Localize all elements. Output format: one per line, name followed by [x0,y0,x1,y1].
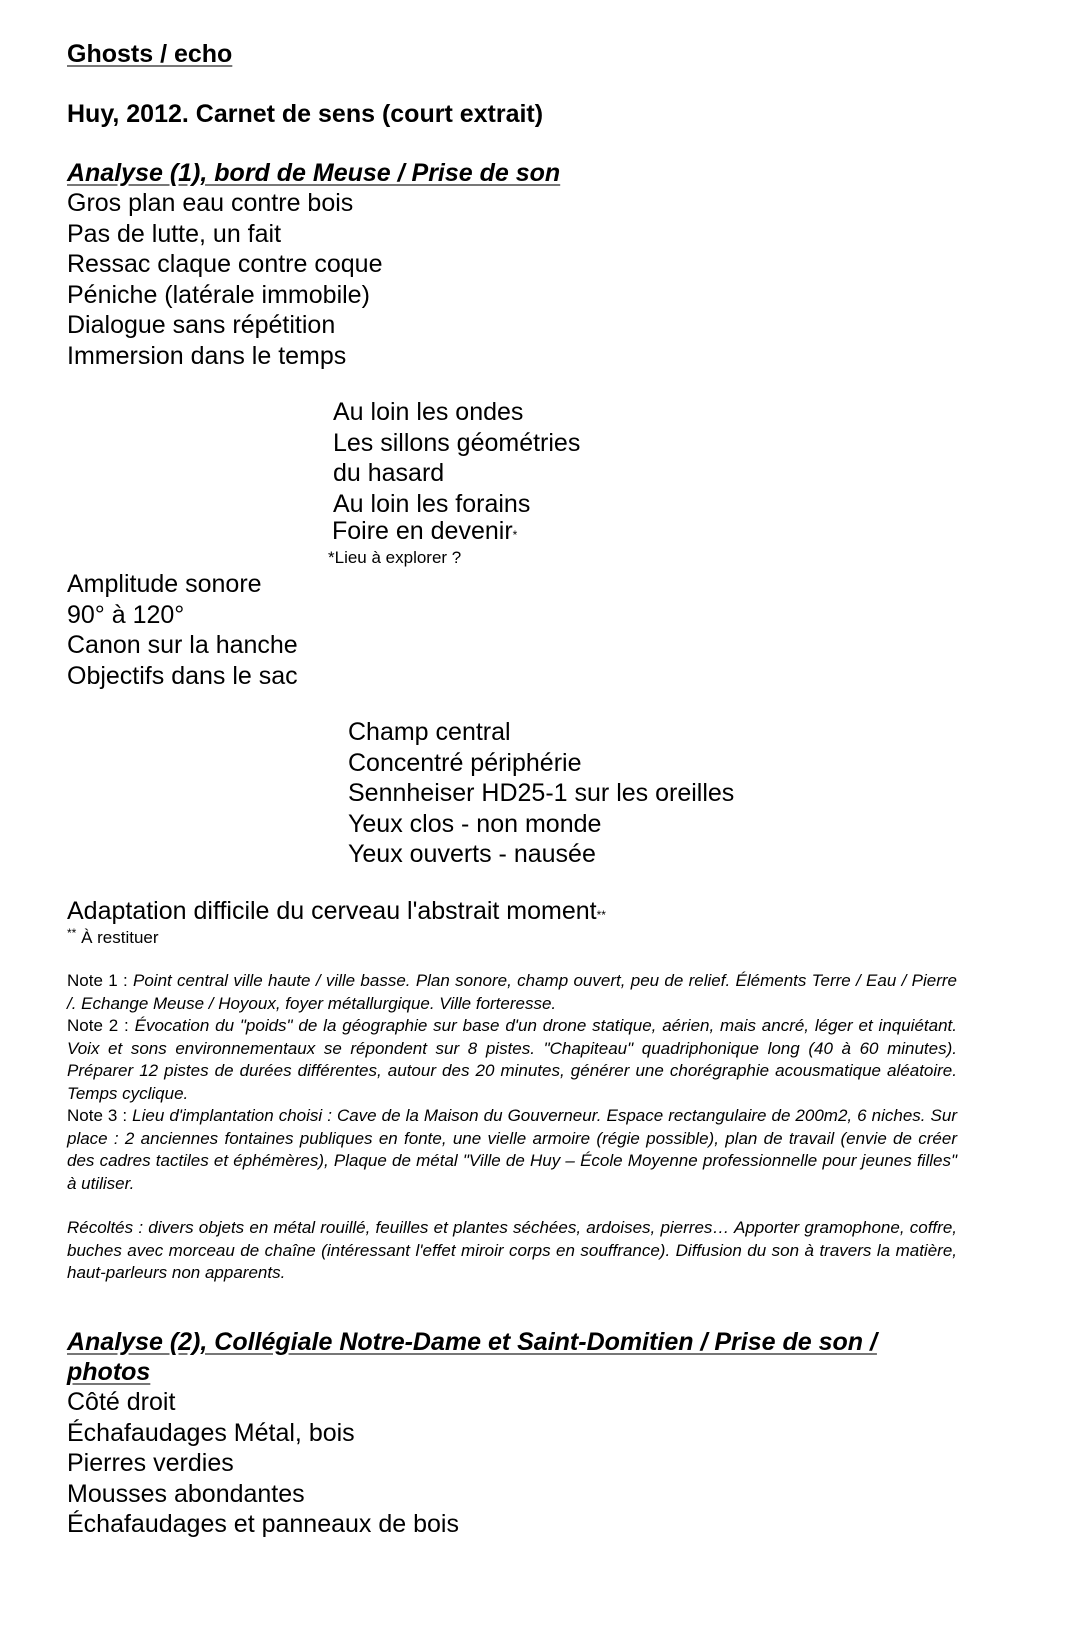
poem-line: Dialogue sans répétition [67,310,382,341]
poem-line: Côté droit [67,1387,937,1418]
poem-line: Amplitude sonore [67,569,298,600]
poem-line: Échafaudages et panneaux de bois [67,1509,937,1540]
poem-line: Immersion dans le temps [67,341,382,372]
section-2-heading: Analyse (2), Collégiale Notre-Dame et Sa… [67,1327,937,1387]
poem-line: Concentré périphérie [348,748,734,779]
poem-line: Ressac claque contre coque [67,249,382,280]
note-label: Note 2 : [67,1016,135,1035]
poem-line: Foire en devenir [332,517,513,545]
poem-line: Les sillons géométries [333,428,580,459]
poem-line: Échafaudages Métal, bois [67,1418,937,1449]
poem-line: Canon sur la hanche [67,630,298,661]
section-1-lines-c: Amplitude sonore 90° à 120° Canon sur la… [67,569,298,691]
poem-line: Yeux ouverts - nausée [348,839,734,870]
poem-line: Pierres verdies [67,1448,937,1479]
poem-line: Sennheiser HD25-1 sur les oreilles [348,778,734,809]
poem-line: Objectifs dans le sac [67,661,298,692]
poem-line: Au loin les ondes [333,397,580,428]
poem-line: du hasard [333,458,580,489]
recoltes-paragraph: Récoltés : divers objets en métal rouill… [67,1217,957,1285]
note-text: Lieu d'implantation choisi : Cave de la … [67,1106,957,1193]
note-3: Note 3 : Lieu d'implantation choisi : Ca… [67,1105,957,1195]
footnote-1: *Lieu à explorer ? [328,548,461,568]
footnote-marker: ** [597,908,606,922]
poem-line: Péniche (latérale immobile) [67,280,382,311]
poem-line: Mousses abondantes [67,1479,937,1510]
section-1-lines-a: Gros plan eau contre bois Pas de lutte, … [67,188,382,371]
poem-line: Pas de lutte, un fait [67,219,382,250]
note-1: Note 1 : Point central ville haute / vil… [67,970,957,1015]
poem-line-with-footnote: Foire en devenir* [332,516,517,551]
notes-block: Note 1 : Point central ville haute / vil… [67,970,957,1285]
footnote-2: ** À restituer [67,926,159,948]
section-2: Analyse (2), Collégiale Notre-Dame et Sa… [67,1327,937,1540]
poem-line: Gros plan eau contre bois [67,188,382,219]
section-1-lines-b: Au loin les ondes Les sillons géométries… [333,397,580,519]
poem-line: Yeux clos - non monde [348,809,734,840]
note-text: Évocation du "poids" de la géographie su… [67,1016,957,1103]
document-title: Ghosts / echo [67,40,232,69]
poem-line: Adaptation difficile du cerveau l'abstra… [67,897,597,925]
note-label: Note 1 : [67,971,133,990]
note-text: Point central ville haute / ville basse.… [67,971,957,1013]
section-1-lines-d: Champ central Concentré périphérie Sennh… [348,717,734,870]
note-2: Note 2 : Évocation du "poids" de la géog… [67,1015,957,1105]
poem-line: Champ central [348,717,734,748]
section-2-lines: Côté droit Échafaudages Métal, bois Pier… [67,1387,937,1540]
note-label: Note 3 : [67,1106,132,1125]
footnote-marker: * [513,528,518,542]
poem-line: 90° à 120° [67,600,298,631]
footnote-marker: ** [67,926,76,940]
section-1-heading: Analyse (1), bord de Meuse / Prise de so… [67,158,560,188]
document-subtitle: Huy, 2012. Carnet de sens (court extrait… [67,100,543,129]
poem-line: Au loin les forains [333,489,580,520]
